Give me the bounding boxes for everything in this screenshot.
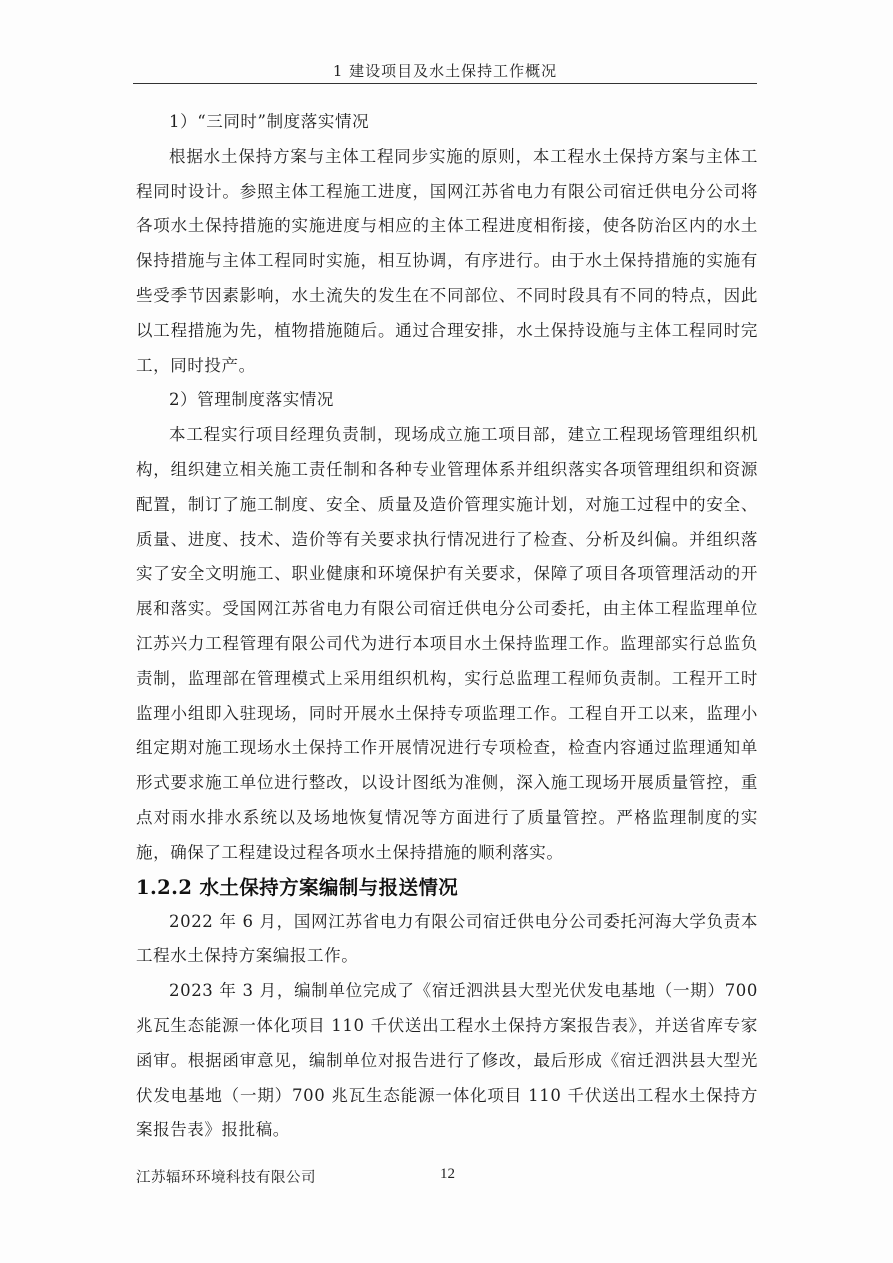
page-number: 12 xyxy=(440,1166,455,1183)
subsection-title-three-simultaneous: 1）“三同时”制度落实情况 xyxy=(136,105,758,140)
footer-company-name: 江苏辐环环境科技有限公司 xyxy=(136,1166,316,1187)
document-page: 1 建设项目及水土保持工作概况 1）“三同时”制度落实情况 根据水土保持方案与主… xyxy=(0,0,893,1263)
section-heading-1-2-2: 1.2.2 水土保持方案编制与报送情况 xyxy=(136,871,758,905)
page-body: 1）“三同时”制度落实情况 根据水土保持方案与主体工程同步实施的原则，本工程水土… xyxy=(136,105,758,1148)
paragraph-plan-commission: 2022 年 6 月，国网江苏省电力有限公司宿迁供电分公司委托河海大学负责本工程… xyxy=(136,905,758,975)
running-header: 1 建设项目及水土保持工作概况 xyxy=(133,60,757,81)
paragraph-plan-submission: 2023 年 3 月，编制单位完成了《宿迁泗洪县大型光伏发电基地（一期）700 … xyxy=(136,974,758,1148)
header-divider xyxy=(133,83,757,84)
subsection-title-management: 2）管理制度落实情况 xyxy=(136,383,758,418)
paragraph-management: 本工程实行项目经理负责制，现场成立施工项目部，建立工程现场管理组织机构，组织建立… xyxy=(136,418,758,870)
paragraph-three-simultaneous: 根据水土保持方案与主体工程同步实施的原则，本工程水土保持方案与主体工程同时设计。… xyxy=(136,140,758,384)
